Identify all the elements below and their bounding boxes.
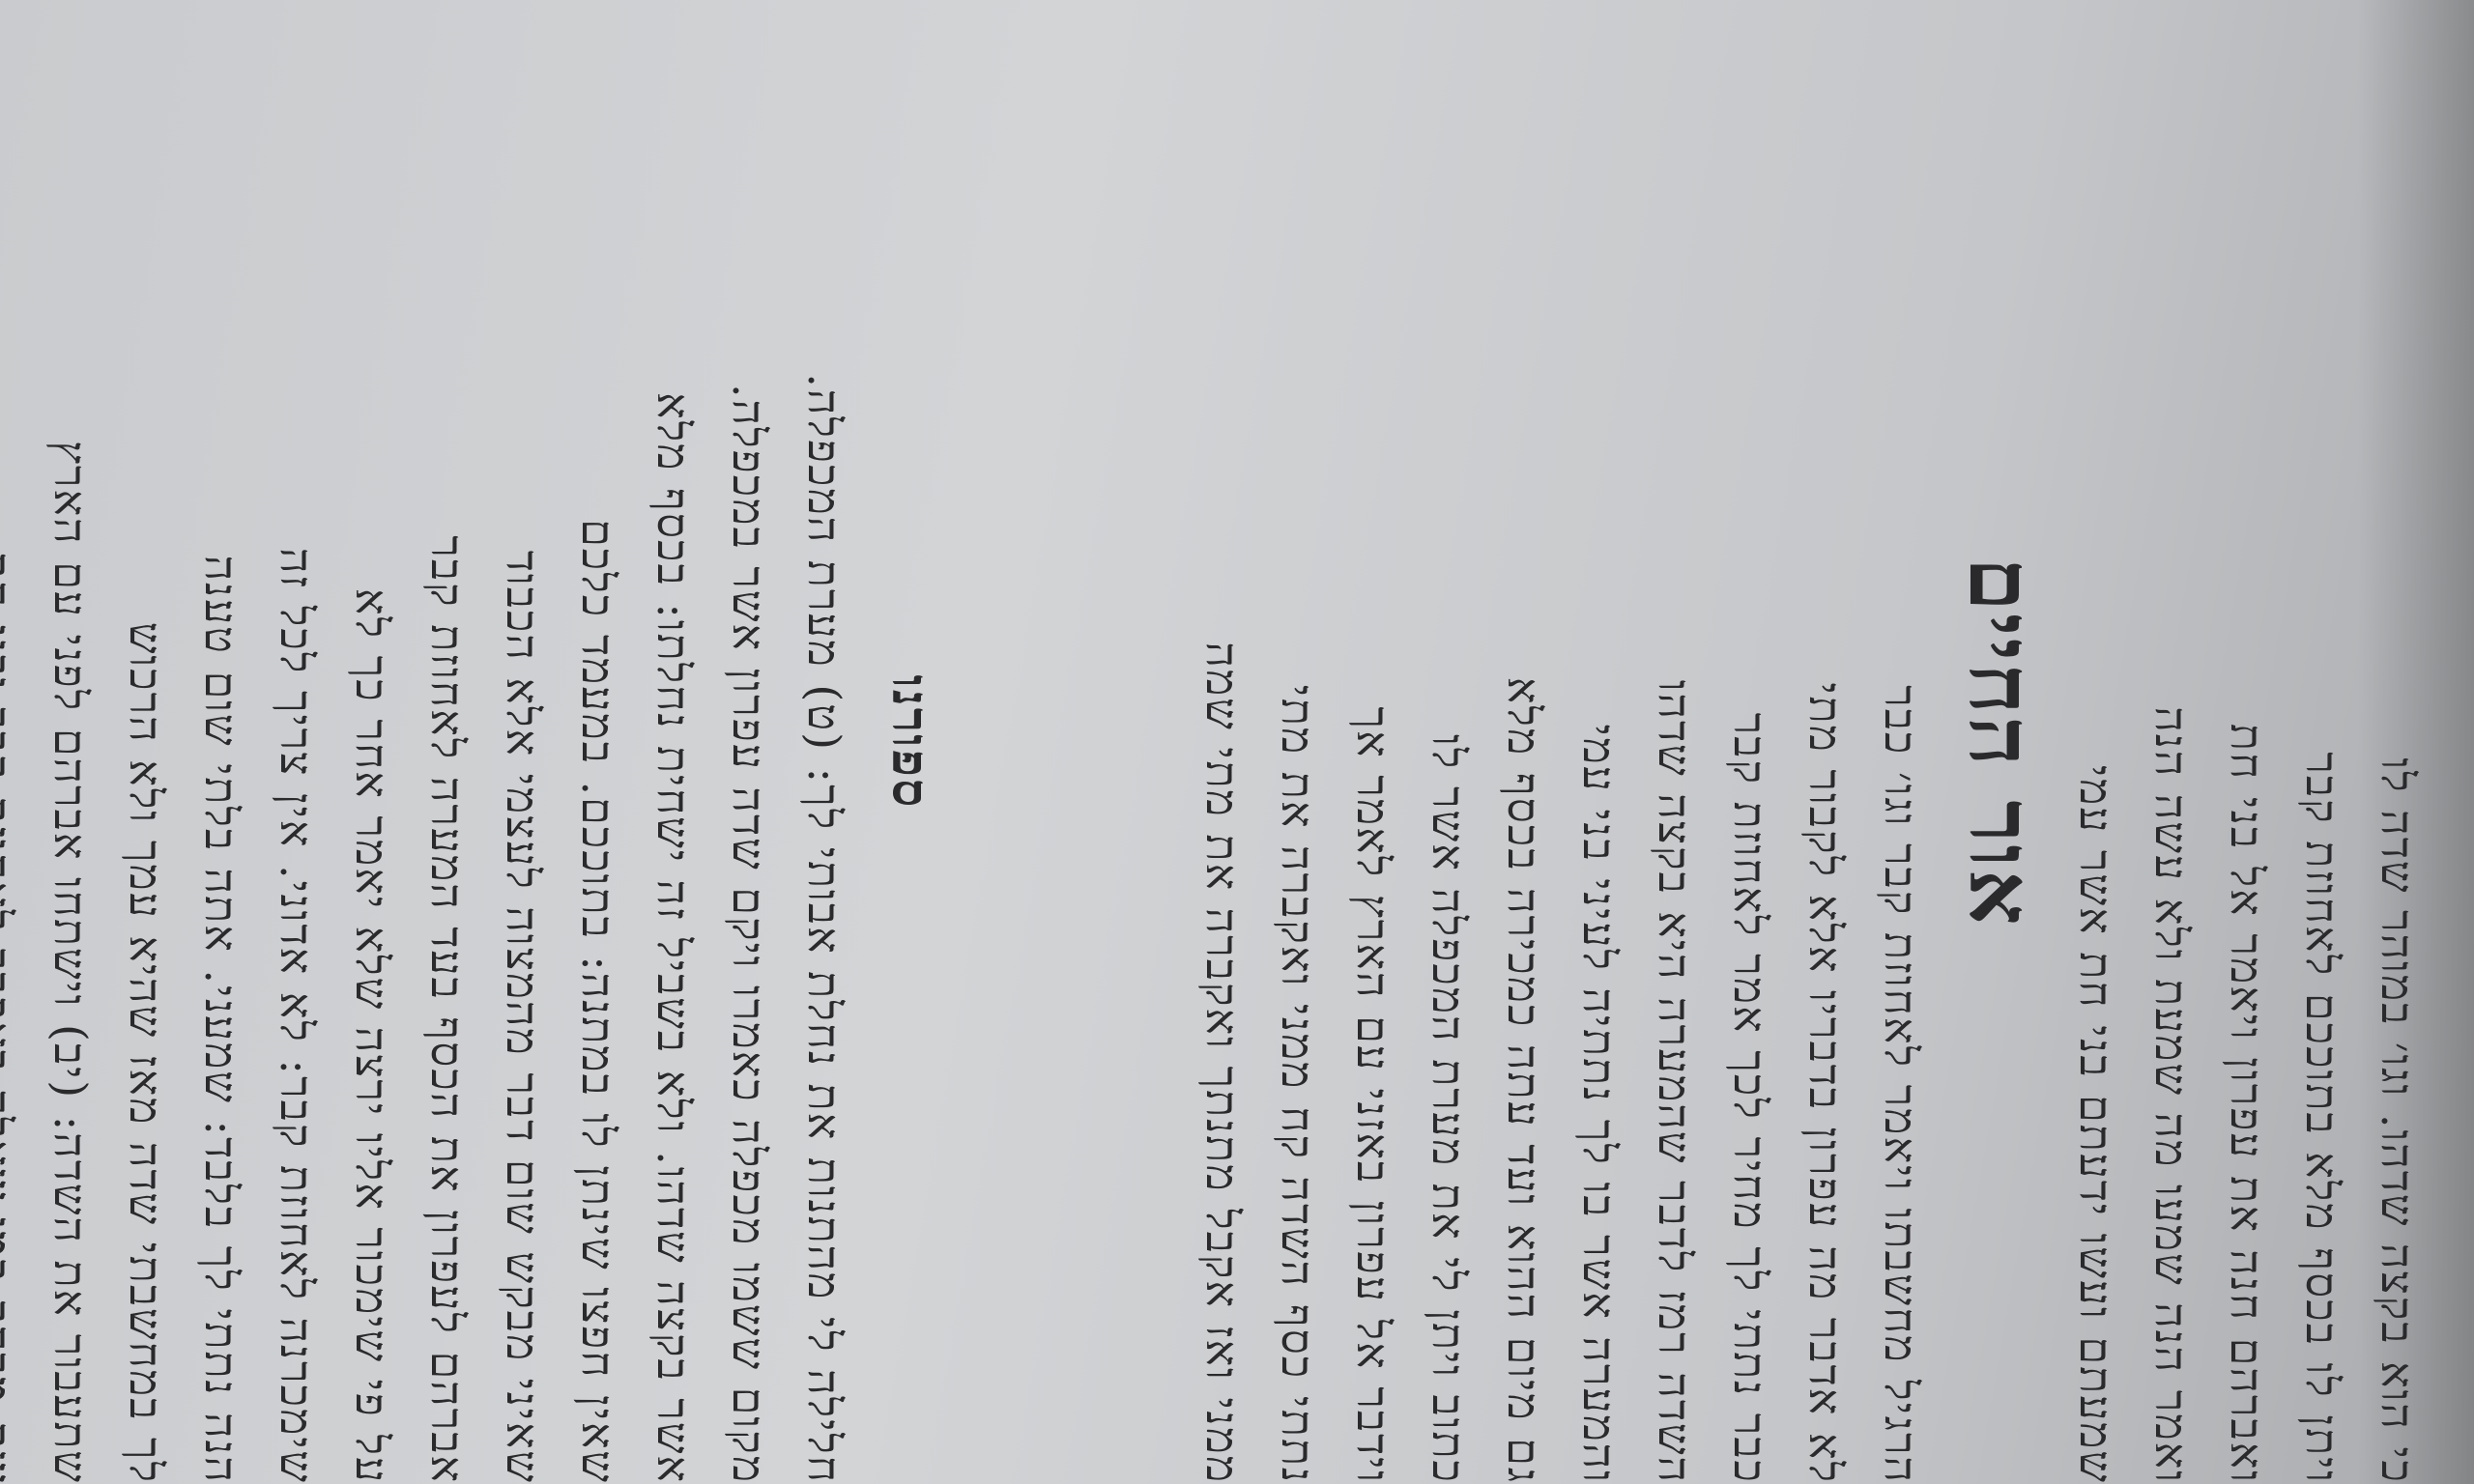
text-line: כי הוא בקצה שדהו. וגו׳ במוהר שדה לו (2360, 0, 2435, 1484)
text-line: ויתן לו בכסף מלא בתוככם לאחוזת קבר (2285, 0, 2360, 1484)
rotated-text-frame: כי הוא בקצה שדהו. וגו׳ במוהר שדה לו ויתן… (0, 0, 2474, 1484)
text-line: והמערה אשר בו לך נתתיה לעיני בני עמי (1562, 0, 1637, 1484)
text-line: ואברהם חנה את עפרון ויאמר אל בני חת (2209, 0, 2285, 1484)
text-line: לך במחשבתי שדה מאז שהיא עמך ולא הרכוש (108, 0, 184, 1484)
commentary-top-section: כי הוא בקצה שדהו. וגו׳ במוהר שדה לו ויתן… (1034, 0, 2435, 1484)
text-line: שאיני מבקש שום דבר מהמצוה לעצמי אלא הכבו… (485, 0, 561, 1484)
text-line: נתתי כסף השדה קח ממני ואקברה את מתי (1260, 0, 1336, 1484)
text-line: ממני ואז אקבל מתנתך ואקברה את מתי שמה (1185, 0, 1260, 1484)
section-heading-sforno: ספורנו (872, 0, 947, 1484)
text-line: וידבר אל עפרון באזני עם הארץ לאמר אך (1336, 0, 1411, 1484)
text-line: שמעתם ועשו ידעתם בני חת אשר עמי (2058, 0, 2134, 1484)
text-line: שם מרחק כמו שאלה באפרך לאחוזת קבר ובני ח… (0, 0, 33, 1484)
text-line: כבר נתתי לך מחיר לכך אמר לאחוזת קבר (1712, 0, 1788, 1484)
text-line: חלילה לי מהתנות את נחלת אבותי לך: (ט) מע… (787, 0, 862, 1484)
text-line: מקום ששמו מכפלה כאמרו ויקם שדה עפרון אשר… (711, 0, 787, 1484)
text-line: שתעבור את השדה: (יב) וישתחו אברהם לפני ע… (33, 0, 108, 1484)
text-line: לא אדבר מה עפרון בדבריו אלא לקבור מתי (1788, 0, 1863, 1484)
text-line: הרגיל מחשבתו ויאמר לאחוזת קבר וגו׳ כבר (1863, 0, 1939, 1484)
text-line: השדה רמז לדבר שהמערה היא בקצה שדהו (1637, 0, 1712, 1484)
text-line: על פי שימכור אליו ירצה שלא יאמר אחר כך ל… (334, 0, 410, 1484)
text-line: אשר בקצה שדהו. ולא בשביל זה ישחית נחלתו:… (636, 0, 711, 1484)
text-line: כתוב ויתן לי את מערת המכפלה אשר לו (1411, 0, 1486, 1484)
text-line: ואמר הנה שמעו מה שמעת ולא עשה הנה (2134, 0, 2209, 1484)
book-page-photo: כי הוא בקצה שדהו. וגו׳ במוהר שדה לו ויתן… (0, 0, 2474, 1484)
sforno-section: ספורנו חלילה לי מהתנות את נחלת אבותי לך:… (0, 0, 966, 1484)
section-heading-or-hachaim: אור החיים (1952, 0, 2049, 1484)
text-line: אברהם לעפרון את הכסף בעד המערה לאחוזת קב… (410, 0, 485, 1484)
text-line: שאין חפצו שינתן לו במתנה: בתוככם. במעמד … (561, 0, 636, 1484)
text-line: שימכרנה לאחוזת קבר: לא אדוני. אין צריך ל… (259, 0, 334, 1484)
text-line: הנה נתתי לך בלבד: שמעני. אתה בלתי שום טע… (184, 0, 259, 1484)
text-line: גם מיום ההוא ועד עתה כמכירה בכסף מלא (1486, 0, 1562, 1484)
